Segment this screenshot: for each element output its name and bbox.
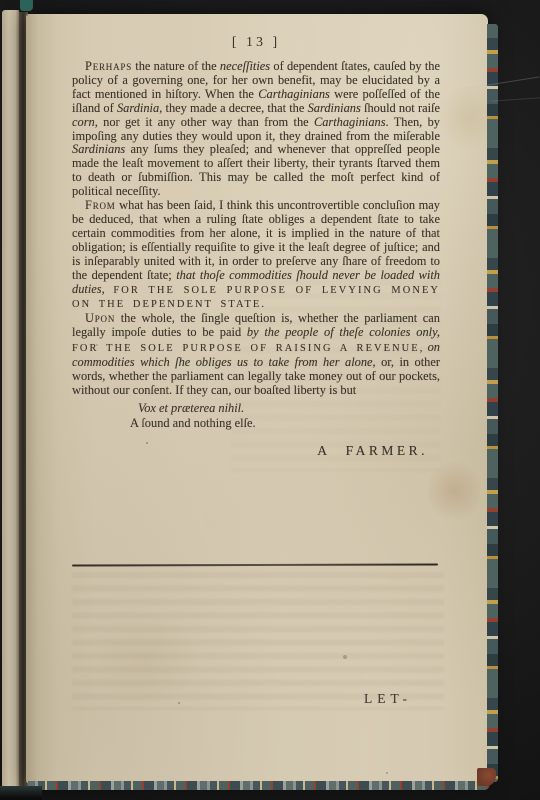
book-photo: [ 13 ] Perhaps the nature of the neceſſi…	[0, 0, 540, 800]
text-run-italic: Sardinians	[72, 142, 125, 156]
text-run-italic: by the people of theſe colonies only,	[247, 325, 440, 339]
paragraph: Perhaps the nature of the neceſſities of…	[72, 60, 440, 199]
section-rule	[72, 564, 438, 567]
page-content: [ 13 ] Perhaps the nature of the neceſſi…	[72, 34, 440, 459]
fore-edge-marbling	[487, 24, 498, 782]
body-text: Perhaps the nature of the neceſſities of…	[72, 60, 440, 398]
text-run-caps: FOR THE SOLE PURPOSE OF LEVYING MONEY ON…	[72, 285, 440, 311]
bottom-left-book-edge	[0, 786, 42, 800]
text-run-italic: corn	[72, 115, 95, 129]
paragraph: From what has been ſaid, I think this un…	[72, 199, 440, 312]
paper-stain	[428, 456, 480, 526]
text-run-normal: , they made a decree, that the	[159, 101, 307, 115]
page-number: [ 13 ]	[72, 34, 440, 52]
text-run-italic: Sardinia	[117, 101, 159, 115]
adjacent-page-edge	[2, 10, 19, 790]
teal-marble-speck	[20, 0, 33, 11]
text-run-italic: Sardinians	[308, 101, 361, 115]
text-run-italic: neceſſities	[220, 59, 270, 73]
paragraph: Upon the whole, the ſingle queſtion is, …	[72, 312, 440, 397]
paper-stain	[86, 614, 206, 704]
signature-farmer: A FARMER.	[72, 443, 428, 459]
text-run-lead: Upon	[85, 311, 115, 325]
text-run-normal: the nature of the	[132, 59, 220, 73]
quote-translation: A ſound and nothing elſe.	[130, 416, 440, 430]
text-run-italic: Carthaginians	[314, 115, 386, 129]
ghost-text-showthrough	[72, 572, 444, 710]
text-run-lead: Perhaps	[85, 59, 132, 73]
corner-leather-patch	[477, 768, 496, 786]
text-run-italic: Carthaginians	[258, 87, 330, 101]
bottom-page-edges	[28, 781, 490, 790]
catchword: LET-	[364, 691, 412, 707]
latin-quote: Vox et præterea nihil.	[138, 401, 440, 415]
text-run-normal: ſhould not raiſe	[361, 101, 440, 115]
text-run-normal: , nor get it any other way than from the	[95, 115, 314, 129]
text-run-caps: FOR THE SOLE PURPOSE OF RAISING A REVENU…	[72, 343, 424, 354]
scratch-line	[492, 97, 540, 101]
paper-specks	[26, 14, 28, 16]
text-run-normal: any ſums they pleaſed; and whenever that…	[72, 142, 440, 198]
text-run-lead: From	[85, 198, 116, 212]
book-page: [ 13 ] Perhaps the nature of the neceſſi…	[26, 14, 488, 784]
